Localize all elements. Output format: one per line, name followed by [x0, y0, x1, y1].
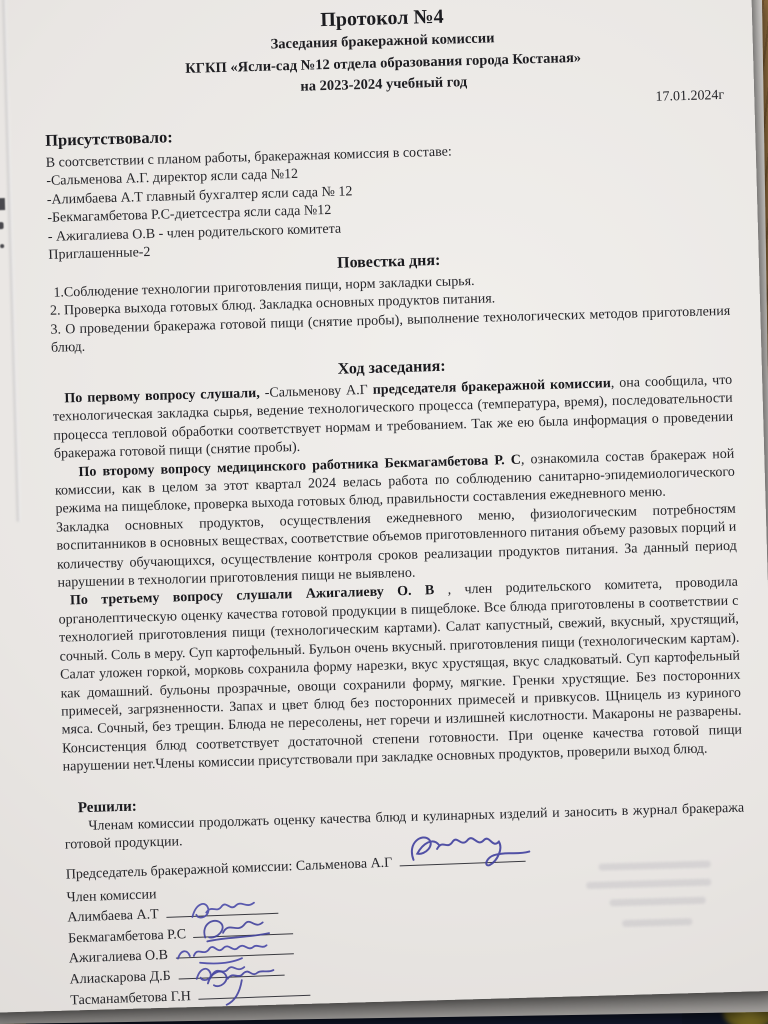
- speaker-intro: По первому вопросу слушали,: [64, 386, 260, 406]
- edge-print-mark: [0, 244, 4, 248]
- signature-label: Тасманамбетова Г.Н: [70, 989, 191, 1008]
- signatures-section: Председатель бракеражной комиссии: Сальм…: [65, 840, 750, 1011]
- attendance-section: Присутствовало: В соотсветствии с планом…: [45, 112, 728, 265]
- signature-label: Бекмагамбетова Р.С: [68, 927, 186, 946]
- signature-line: [399, 848, 525, 867]
- paragraph-third-question: По третьему вопросу слушали Ажигалиеву О…: [58, 574, 743, 777]
- signature-line: [175, 941, 293, 959]
- signature-scribble: [199, 962, 280, 1007]
- signature-line: [198, 981, 310, 999]
- proceedings-section: Ход заседания: По первому вопросу слушал…: [52, 350, 743, 777]
- signature-label: Алиаскарова Д.Б: [69, 969, 171, 988]
- edge-print-mark: [0, 198, 5, 210]
- signature-label: Ажигалиева О.В: [69, 948, 169, 967]
- signature-scribble: [399, 825, 536, 874]
- signature-label: Алимбаева А.Т: [67, 907, 159, 925]
- document-header: Протокол №4 Заседания бракеражной комисс…: [42, 0, 724, 105]
- document-page: Протокол №4 Заседания бракеражной комисс…: [0, 0, 768, 1013]
- agenda-section: Повестка дня: 1.Соблюдение технологии пр…: [49, 244, 731, 359]
- paper-crease: [2, 0, 21, 522]
- edge-print-mark: [0, 222, 4, 229]
- signature-line: [193, 920, 293, 938]
- signature-label: Член комиссии: [66, 887, 156, 905]
- paragraph-text: -Сальменову А.Г: [260, 383, 373, 401]
